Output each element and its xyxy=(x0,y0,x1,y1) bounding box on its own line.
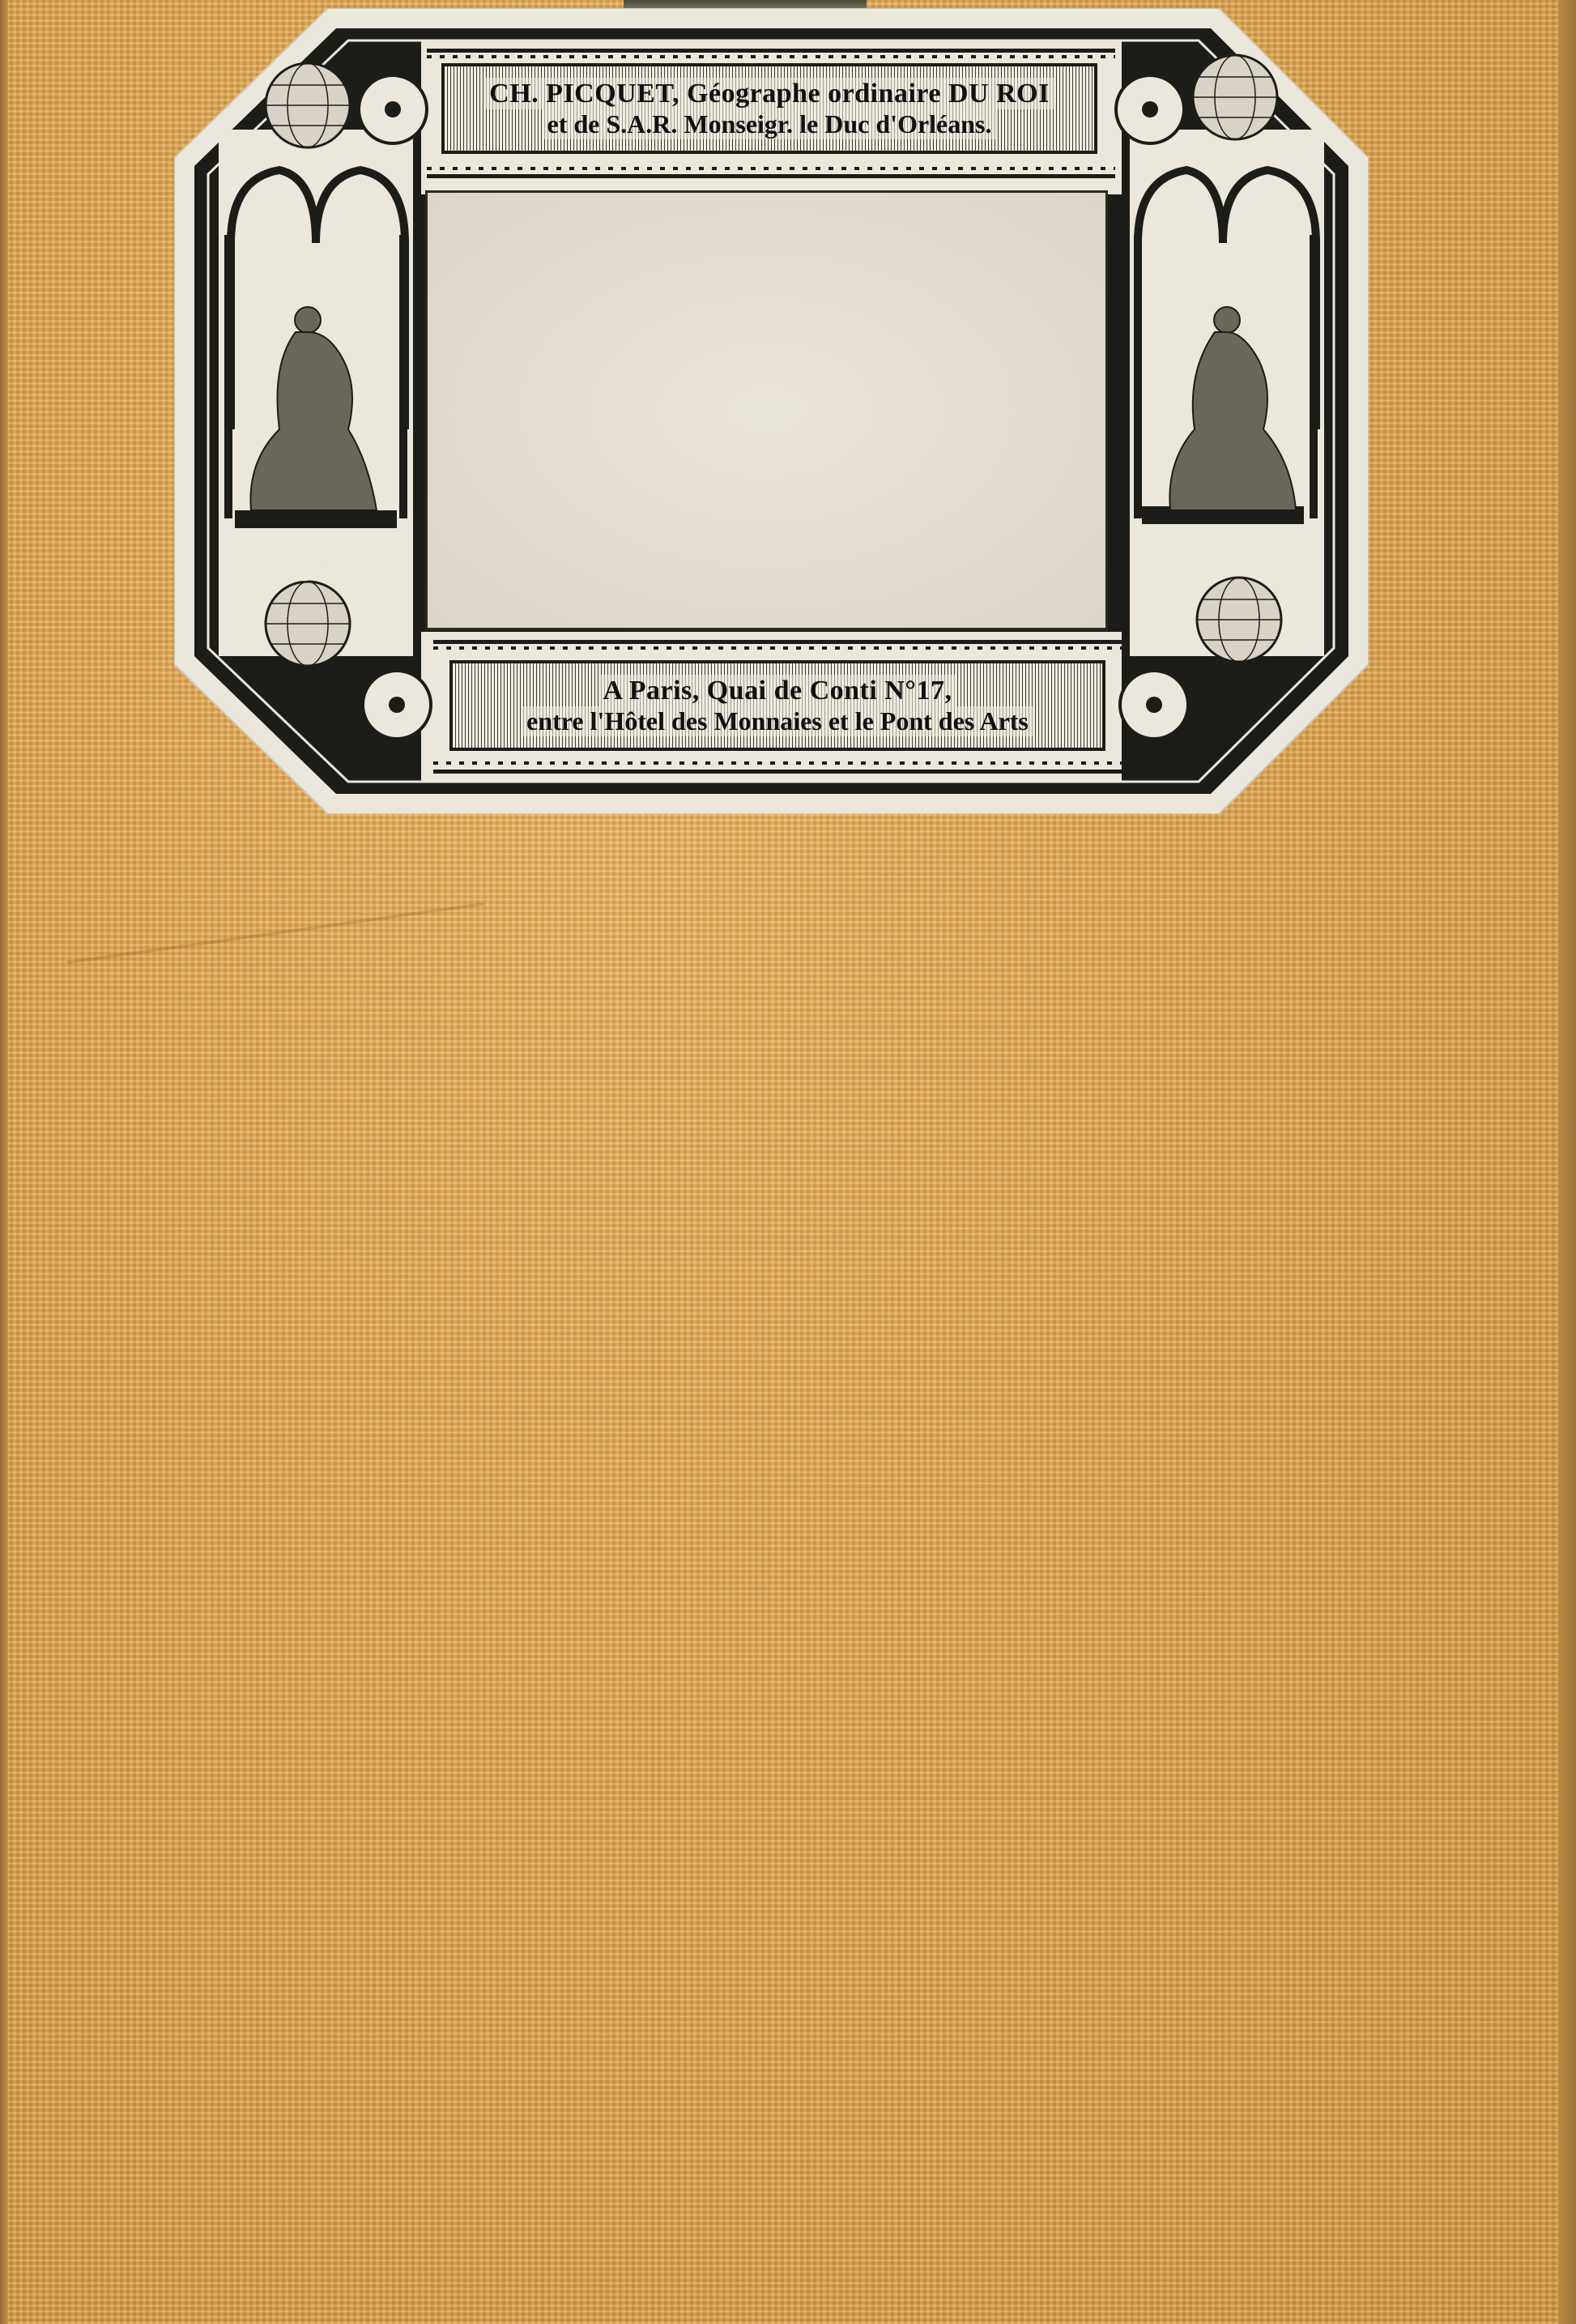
blank-title-area xyxy=(425,190,1108,630)
address-line-1: A Paris, Quai de Conti N°17, xyxy=(598,675,957,706)
publisher-name-line: CH. PICQUET, Géographe ordinaire DU ROI xyxy=(484,78,1054,109)
address-line-2: entre l'Hôtel des Monnaies et le Pont de… xyxy=(522,706,1033,736)
cover-left-edge xyxy=(0,0,8,2324)
label-bottom-panel: A Paris, Quai de Conti N°17, entre l'Hôt… xyxy=(449,660,1105,751)
label-top-panel: CH. PICQUET, Géographe ordinaire DU ROI … xyxy=(441,63,1097,154)
figure-left-head xyxy=(295,307,321,333)
publisher-label: CH. PICQUET, Géographe ordinaire DU ROI … xyxy=(174,8,1369,814)
publisher-patron-line: et de S.A.R. Monseigr. le Duc d'Orléans. xyxy=(542,109,996,139)
cover-right-edge xyxy=(1558,0,1576,2324)
